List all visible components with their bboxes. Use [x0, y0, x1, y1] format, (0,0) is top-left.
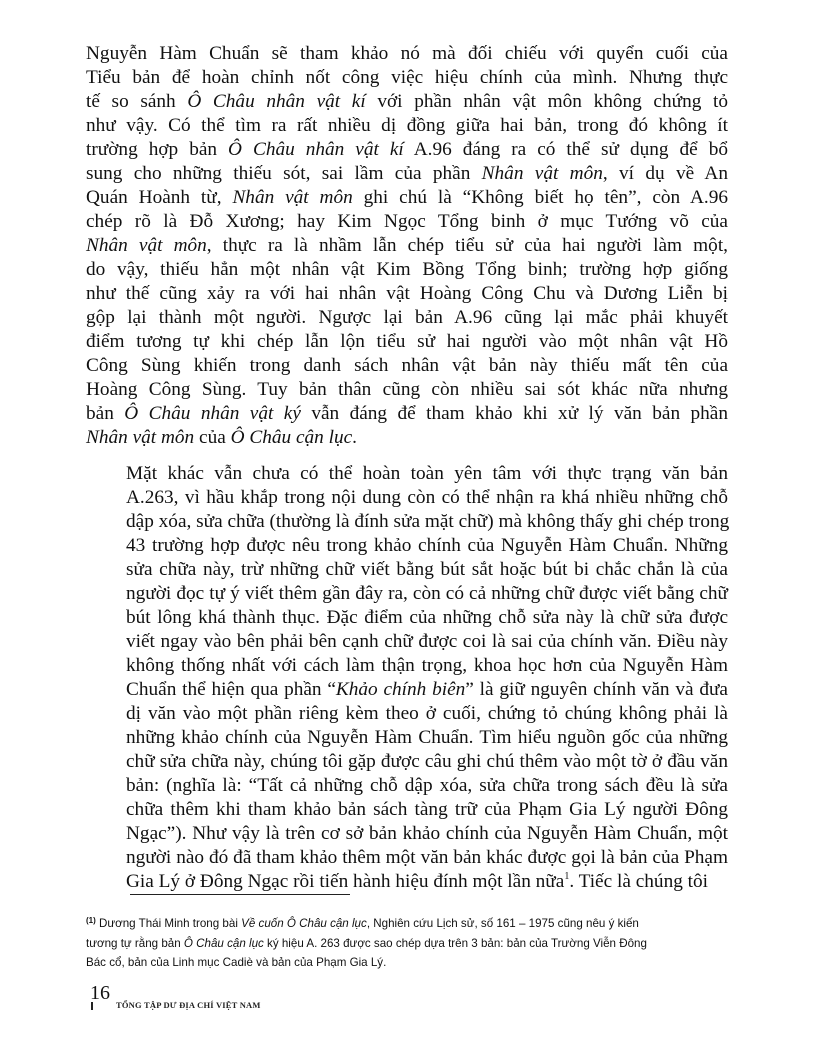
text-run: A.263, vì hầu khắp trong nội dung còn có…: [126, 487, 728, 508]
running-footer: TỔNG TẬP DƯ ĐỊA CHÍ VIỆT NAM: [116, 1000, 261, 1010]
text-run: , thực ra là nhầm lẫn chép tiểu sử của h…: [207, 235, 728, 256]
italic-title: Về cuốn Ô Châu cận lục: [241, 917, 367, 930]
italic-title: Nhân vật môn: [232, 187, 352, 208]
paragraph: Nguyễn Hàm Chuẩn sẽ tham khảo nó mà đối …: [86, 42, 728, 450]
text-run: Bác cổ, bản của Linh mục Cadiè và bản củ…: [86, 956, 386, 969]
text-run: Mặt khác vẫn chưa có thể hoàn toàn yên t…: [126, 463, 728, 484]
text-line: Mặt khác vẫn chưa có thể hoàn toàn yên t…: [86, 462, 728, 486]
italic-title: Ô Châu nhân vật kí: [187, 91, 365, 112]
text-line: Hoàng Công Sùng. Tuy bản thân cũng còn n…: [86, 378, 728, 402]
text-run: không thống nhất với cách làm thận trọng…: [126, 655, 728, 676]
main-text: Nguyễn Hàm Chuẩn sẽ tham khảo nó mà đối …: [86, 42, 728, 894]
text-line: sửa chữa này, trừ những chữ viết bằng bú…: [86, 558, 728, 582]
text-run: sung cho những thiếu sót, sai lầm của ph…: [86, 163, 482, 184]
text-line: trường hợp bản Ô Châu nhân vật kí A.96 đ…: [86, 138, 728, 162]
footnote-separator: [130, 894, 350, 895]
italic-title: Nhân vật môn: [86, 235, 207, 256]
text-line: chép rõ là Đỗ Xương; hay Kim Ngọc Tổng b…: [86, 210, 728, 234]
text-line: dị văn vào một phần riêng kèm theo ở cuố…: [86, 702, 728, 726]
text-run: bản: (nghĩa là: “Tất cả những chỗ dập xó…: [126, 775, 728, 796]
text-run: Dương Thái Minh trong bài: [96, 917, 241, 930]
text-run: Hoàng Công Sùng. Tuy bản thân cũng còn n…: [86, 379, 728, 400]
text-line: không thống nhất với cách làm thận trọng…: [86, 654, 728, 678]
text-run: vẫn đáng để tham khảo khi xử lý văn bản …: [301, 403, 728, 424]
text-run: bút lông khá thành thục. Đặc điểm của nh…: [126, 607, 728, 628]
text-line: viết ngay vào bên phải bên cạnh chữ được…: [86, 630, 728, 654]
text-run: tế so sánh: [86, 91, 187, 112]
text-run: A.96 đáng ra có thể sử dụng để bổ: [404, 139, 728, 160]
text-run: điểm tương tự khi chép lẫn lộn tiểu sử h…: [86, 331, 728, 352]
italic-title: Khảo chính biên: [336, 679, 465, 700]
folio: 16: [90, 983, 110, 1003]
italic-title: Nhân vật môn: [482, 163, 603, 184]
footnote-line: (1) Dương Thái Minh trong bài Về cuốn Ô …: [86, 911, 736, 934]
folio-tick-mark: [91, 1002, 93, 1010]
text-line: gộp lại thành một người. Ngược lại bản A…: [86, 306, 728, 330]
text-run: chép rõ là Đỗ Xương; hay Kim Ngọc Tổng b…: [86, 211, 728, 232]
text-line: như vậy. Có thể tìm ra rất nhiều dị đồng…: [86, 114, 728, 138]
text-run: do vậy, thiếu hẳn một nhân vật Kim Bồng …: [86, 259, 728, 280]
text-run: 43 trường hợp được nêu trong khảo chính …: [126, 535, 728, 556]
text-run: Tiểu bản để hoàn chỉnh nốt công việc hiệ…: [86, 67, 728, 88]
text-run: trường hợp bản: [86, 139, 228, 160]
text-line: Nhân vật môn của Ô Châu cận lục.: [86, 426, 728, 450]
text-run: , ví dụ về An: [603, 163, 728, 184]
text-line: Quán Hoành từ, Nhân vật môn ghi chú là “…: [86, 186, 728, 210]
footnote-line: Bác cổ, bản của Linh mục Cadiè và bản củ…: [86, 953, 736, 973]
text-line: điểm tương tự khi chép lẫn lộn tiểu sử h…: [86, 330, 728, 354]
paragraph: Mặt khác vẫn chưa có thể hoàn toàn yên t…: [86, 462, 728, 894]
page-number: 16: [90, 983, 110, 1003]
text-line: 43 trường hợp được nêu trong khảo chính …: [86, 534, 728, 558]
text-line: Chuẩn thể hiện qua phần “Khảo chính biên…: [86, 678, 728, 702]
text-line: bản Ô Châu nhân vật ký vẫn đáng để tham …: [86, 402, 728, 426]
text-run: những khảo chính của Nguyễn Hàm Chuẩn. T…: [126, 727, 728, 748]
text-run: sửa chữa này, trừ những chữ viết bằng bú…: [126, 559, 728, 580]
text-run: dập xóa, sửa chữa (thường là đính sửa mặ…: [126, 511, 729, 532]
text-run: người đọc tự ý viết thêm gần đây ra, còn…: [126, 583, 728, 604]
text-run: .: [352, 427, 357, 448]
text-run: Chuẩn thể hiện qua phần “: [126, 679, 336, 700]
text-line: dập xóa, sửa chữa (thường là đính sửa mặ…: [86, 510, 728, 534]
footnote-marker: (1): [86, 916, 96, 925]
italic-title: Ô Châu cận lục: [184, 937, 264, 950]
page-body: Nguyễn Hàm Chuẩn sẽ tham khảo nó mà đối …: [86, 42, 728, 894]
text-run: Ngạc”). Như vậy là trên cơ sở bản khảo c…: [126, 823, 728, 844]
text-line: chữ sửa chữa này, chúng tôi gặp được câu…: [86, 750, 728, 774]
italic-title: Ô Châu cận lục: [231, 427, 353, 448]
text-line: do vậy, thiếu hẳn một nhân vật Kim Bồng …: [86, 258, 728, 282]
text-run: Quán Hoành từ,: [86, 187, 232, 208]
text-run: tương tự rằng bản: [86, 937, 184, 950]
text-line: Ngạc”). Như vậy là trên cơ sở bản khảo c…: [86, 822, 728, 846]
text-run: dị văn vào một phần riêng kèm theo ở cuố…: [126, 703, 728, 724]
italic-title: Ô Châu nhân vật kí: [228, 139, 404, 160]
text-line: những khảo chính của Nguyễn Hàm Chuẩn. T…: [86, 726, 728, 750]
text-line: Tiểu bản để hoàn chỉnh nốt công việc hiệ…: [86, 66, 728, 90]
text-run: Nguyễn Hàm Chuẩn sẽ tham khảo nó mà đối …: [86, 43, 728, 64]
text-run: Gia Lý ở Đông Ngạc rồi tiến hành hiệu đí…: [126, 871, 564, 892]
text-line: người đọc tự ý viết thêm gần đây ra, còn…: [86, 582, 728, 606]
italic-title: Nhân vật môn: [86, 427, 194, 448]
text-line: người nào đó đã tham khảo thêm một văn b…: [86, 846, 728, 870]
text-run: viết ngay vào bên phải bên cạnh chữ được…: [126, 631, 728, 652]
text-line: Gia Lý ở Đông Ngạc rồi tiến hành hiệu đí…: [86, 870, 728, 894]
text-run: chữ sửa chữa này, chúng tôi gặp được câu…: [126, 751, 728, 772]
text-line: tế so sánh Ô Châu nhân vật kí với phần n…: [86, 90, 728, 114]
text-run: . Tiếc là chúng tôi: [569, 871, 708, 892]
text-run: với phần nhân vật môn không chứng tỏ: [366, 91, 728, 112]
text-run: ký hiệu A. 263 được sao chép dựa trên 3 …: [264, 937, 647, 950]
text-run: ” là giữ nguyên chính văn và đưa: [465, 679, 728, 700]
text-run: gộp lại thành một người. Ngược lại bản A…: [86, 307, 728, 328]
text-run: Công Sùng khiến trong danh sách nhân vật…: [86, 355, 728, 376]
text-run: người nào đó đã tham khảo thêm một văn b…: [126, 847, 728, 868]
footnote: (1) Dương Thái Minh trong bài Về cuốn Ô …: [86, 911, 736, 973]
text-line: Nguyễn Hàm Chuẩn sẽ tham khảo nó mà đối …: [86, 42, 728, 66]
text-line: Nhân vật môn, thực ra là nhầm lẫn chép t…: [86, 234, 728, 258]
text-run: như thế cũng xảy ra với hai nhân vật Hoà…: [86, 283, 728, 304]
text-run: như vậy. Có thể tìm ra rất nhiều dị đồng…: [86, 115, 728, 136]
footnote-line: tương tự rằng bản Ô Châu cận lục ký hiệu…: [86, 934, 736, 954]
text-run: , Nghiên cứu Lịch sử, số 161 – 1975 cũng…: [367, 917, 639, 930]
text-line: bản: (nghĩa là: “Tất cả những chỗ dập xó…: [86, 774, 728, 798]
text-run: bản: [86, 403, 124, 424]
text-line: Công Sùng khiến trong danh sách nhân vật…: [86, 354, 728, 378]
text-line: như thế cũng xảy ra với hai nhân vật Hoà…: [86, 282, 728, 306]
text-line: sung cho những thiếu sót, sai lầm của ph…: [86, 162, 728, 186]
italic-title: Ô Châu nhân vật ký: [124, 403, 301, 424]
text-run: của: [194, 427, 230, 448]
text-run: ghi chú là “Không biết họ tên”, còn A.96: [353, 187, 728, 208]
text-run: chữa thêm khi tham khảo bản sách tàng tr…: [126, 799, 728, 820]
text-line: A.263, vì hầu khắp trong nội dung còn có…: [86, 486, 728, 510]
text-line: chữa thêm khi tham khảo bản sách tàng tr…: [86, 798, 728, 822]
text-line: bút lông khá thành thục. Đặc điểm của nh…: [86, 606, 728, 630]
